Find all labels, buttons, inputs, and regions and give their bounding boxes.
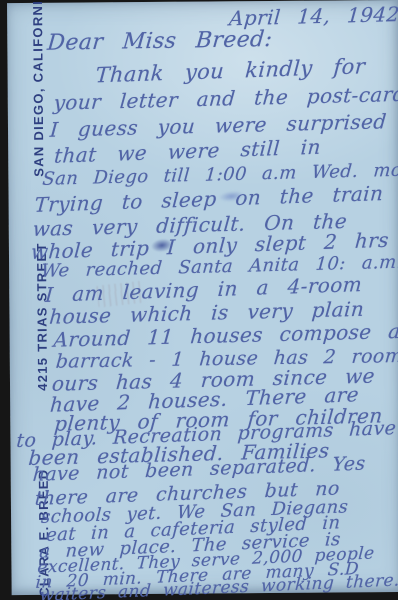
printed-address-city: SAN DIEGO, CALIFORNIA [30,0,46,177]
letter-line: Thank you kindly for [95,55,366,87]
letter-date: April 14, 1942 [228,3,398,29]
letter-salutation: Dear Miss Breed: [46,28,273,56]
letter-line: I guess you were surprised [49,110,387,141]
scan-background: SAN DIEGO, CALIFORNIA 4215 TRIAS STREET … [0,0,398,600]
postcard: SAN DIEGO, CALIFORNIA 4215 TRIAS STREET … [7,0,398,595]
